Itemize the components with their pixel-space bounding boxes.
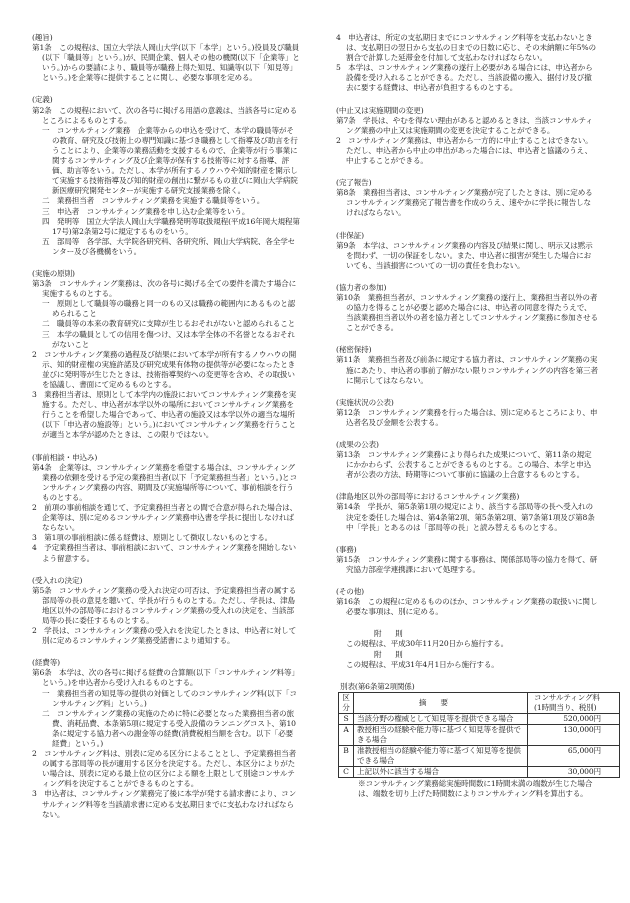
supplementary-provisions: 附 則 この規程は、平成30年11月20日から施行する。 附 則 この規程は、平… [336,629,598,669]
fee-cell: 130,000円 [528,724,620,745]
article-1: (趣旨) 第1条 この規程は、国立大学法人岡山大学(以下「本学」という。)役員及… [32,33,300,83]
article-heading: (協力者の参加) [336,283,598,293]
fee-cell: 30,000円 [528,766,620,777]
right-column: 4 申込者は、所定の支払期日までにコンサルティング料等を支払わないときは、支払期… [336,33,598,799]
definition-item: 五 部局等 各学部、大学院各研究科、各研究所、岡山大学病院、各全学センター及び各… [32,237,300,257]
article-8: (完了報告) 第8条 業務担当者は、コンサルティング業務が完了したときは、別に定… [336,178,598,218]
article-text: 第9条 本学は、コンサルティング業務の内容及び結果に関し、明示又は黙示を問わず、… [336,241,598,271]
class-cell: S [339,713,354,724]
article-heading: (津島地区以外の部局等におけるコンサルティング業務) [336,492,598,502]
article-6: (経費等) 第6条 本学は、次の各号に掲げる経費の合算額(以下「コンサルティング… [32,658,300,820]
fee-header: コンサルティング料 (1時間当り、税別) [528,692,620,713]
definition-item: 三 申込者 コンサルティング業務を申し込む企業等をいう。 [32,207,300,217]
supplementary-heading: 附 則 [336,629,598,639]
supplementary-text: この規程は、平成30年11月20日から施行する。 [336,639,598,649]
table-row: S 当該分野の権威として知見等を提供できる場合 520,000円 [339,713,620,724]
class-cell: C [339,766,354,777]
description-cell: 当該分野の権威として知見等を提供できる場合 [354,713,528,724]
table-row: B 准教授相当の経験や能力等に基づく知見等を提供できる場合 65,000円 [339,745,620,766]
article-paragraph: 2 コンサルティング業務は、申込者から一方的に中止することはできない。ただし、申… [336,136,598,166]
article-paragraph: 2 コンサルティング業務の過程及び結果において本学が所有するノウハウの開示、知的… [32,350,300,390]
article-text: 第15条 コンサルティング業務に関する事務は、関係部局等の協力を得て、研究協力部… [336,555,598,575]
definition-item: 四 発明等 国立大学法人岡山大学職務発明等取扱規程(平成16年岡大規程第17号)… [32,217,300,237]
article-9: (非保証) 第9条 本学は、コンサルティング業務の内容及び結果に関し、明示又は黙… [336,231,598,271]
article-paragraph: 4 予定業務担当者は、事前相談において、コンサルティング業務を開始しないよう留意… [32,543,300,563]
article-text: 第14条 学長が、第5条第1項の規定により、該当する部局等の長へ受入れの決定を委… [336,502,598,532]
expense-item: 二 コンサルティング業務の実施のために特に必要となった業務担当者の旅費、消耗品費… [32,709,300,749]
definition-item: 二 業務担当者 コンサルティング業務を実施する職員等をいう。 [32,196,300,206]
article-paragraph: 4 申込者は、所定の支払期日までにコンサルティング料等を支払わないときは、支払期… [336,33,598,63]
article-paragraph: 5 本学は、コンサルティング業務の遂行上必要がある場合には、申込者から設備を受け… [336,63,598,93]
fee-cell: 65,000円 [528,745,620,766]
article-text: 第3条 コンサルティング業務は、次の各号に掲げる全ての要件を満たす場合に実施する… [32,279,300,299]
article-paragraph: 2 学長は、コンサルティング業務の受入れを決定したときは、申込者に対して別に定め… [32,626,300,646]
description-cell: 教授相当の経験や能力等に基づく知見等を提供できる場合 [354,724,528,745]
article-paragraph: 3 申込者は、コンサルティング業務完了後に本学が発する請求書により、コンサルティ… [32,789,300,819]
supplementary-heading: 附 則 [336,650,598,660]
article-heading: (中止又は実施期間の変更) [336,106,598,116]
article-3: (実施の原則) 第3条 コンサルティング業務は、次の各号に掲げる全ての要件を満た… [32,269,300,441]
article-heading: (事務) [336,545,598,555]
class-cell: B [339,745,354,766]
table-header-row: 区 分 摘要 コンサルティング料 (1時間当り、税別) [339,692,620,713]
fee-cell: 520,000円 [528,713,620,724]
article-4: (事前相談・申込み) 第4条 企業等は、コンサルティング業務を希望する場合は、コ… [32,453,300,564]
article-paragraph: 3 業務担当者は、原則として本学内の施設においてコンサルティング業務を実施する。… [32,390,300,440]
article-6-continued: 4 申込者は、所定の支払期日までにコンサルティング料等を支払わないときは、支払期… [336,33,598,94]
left-column: (趣旨) 第1条 この規程は、国立大学法人岡山大学(以下「本学」という。)役員及… [32,33,300,832]
article-text: 第10条 業務担当者が、コンサルティング業務の遂行上、業務担当者以外の者の協力を… [336,293,598,333]
article-14: (津島地区以外の部局等におけるコンサルティング業務) 第14条 学長が、第5条第… [336,492,598,532]
article-13: (成果の公表) 第13条 コンサルティング業務により得られた成果について、第11… [336,440,598,480]
article-heading: (成果の公表) [336,440,598,450]
article-15: (事務) 第15条 コンサルティング業務に関する事務は、関係部局等の協力を得て、… [336,545,598,575]
article-text: 第11条 業務担当者及び前条に規定する協力者は、コンサルティング業務の実施にあた… [336,355,598,385]
article-paragraph: 3 第1項の事前相談に係る経費は、原則として徴収しないものとする。 [32,533,300,543]
article-heading: (完了報告) [336,178,598,188]
requirement-item: 一 原則として職員等の職務と同一のもの又は職務の範囲内にあるものと認められること [32,299,300,319]
article-text: 第7条 学長は、やむを得ない理由があると認めるときは、当該コンサルティング業務の… [336,116,598,136]
table-row: C 上記以外に該当する場合 30,000円 [339,766,620,777]
description-cell: 上記以外に該当する場合 [354,766,528,777]
article-heading: (受入れの決定) [32,576,300,586]
definition-item: 一 コンサルティング業務 企業等からの申込を受けて、本学の職員等がその教育、研究… [32,126,300,197]
expense-item: 一 業務担当者の知見等の提供の対価としてのコンサルティング料(以下「コンサルティ… [32,689,300,709]
article-paragraph: 2 前項の事前相談を通じて、予定業務担当者との間で合意が得られた場合は、企業等は… [32,503,300,533]
article-text: 第12条 コンサルティング業務を行った場合は、別に定めるところにより、申込者名及… [336,408,598,428]
table-caption: 別表(第6条第2項関係) [336,682,598,692]
article-text: 第5条 コンサルティング業務の受入れ決定の可否は、予定業務担当者の属する部局等の… [32,586,300,626]
class-cell: A [339,724,354,745]
article-12: (実施状況の公表) 第12条 コンサルティング業務を行った場合は、別に定めるとこ… [336,398,598,428]
article-heading: (趣旨) [32,33,300,43]
class-header: 区 分 [339,692,354,713]
article-heading: (秘密保持) [336,345,598,355]
article-paragraph: 2 コンサルティング料は、別表に定める区分によることとし、予定業務担当者の属する… [32,749,300,789]
article-10: (協力者の参加) 第10条 業務担当者が、コンサルティング業務の遂行上、業務担当… [336,283,598,333]
article-heading: (事前相談・申込み) [32,453,300,463]
fee-table: 区 分 摘要 コンサルティング料 (1時間当り、税別) S 当該分野の権威として… [338,692,620,778]
article-text: 第4条 企業等は、コンサルティング業務を希望する場合は、コンサルティング業務の依… [32,463,300,503]
article-heading: (経費等) [32,658,300,668]
description-header: 摘要 [354,692,528,713]
description-cell: 准教授相当の経験や能力等に基づく知見等を提供できる場合 [354,745,528,766]
article-text: 第8条 業務担当者は、コンサルティング業務が完了したときは、別に定めるコンサルテ… [336,188,598,218]
article-text: 第13条 コンサルティング業務により得られた成果について、第11条の規定にかかわ… [336,450,598,480]
article-heading: (実施状況の公表) [336,398,598,408]
article-heading: (非保証) [336,231,598,241]
article-text: 第2条 この規程において、次の各号に掲げる用語の意義は、当該各号に定めるところに… [32,106,300,126]
article-5: (受入れの決定) 第5条 コンサルティング業務の受入れ決定の可否は、予定業務担当… [32,576,300,647]
requirement-item: 三 本学の職員としての信用を傷つけ、又は本学全体の不名誉となるおそれがないこと [32,330,300,350]
article-heading: (その他) [336,587,598,597]
article-heading: (実施の原則) [32,269,300,279]
article-16: (その他) 第16条 この規程に定めるもののほか、コンサルティング業務の取扱いに… [336,587,598,617]
table-note: ※コンサルティング業務総実施時間数に1時間未満の端数が生じた場合は、端数を切り上… [336,779,598,799]
supplementary-text: この規程は、平成31年4月1日から施行する。 [336,660,598,670]
article-11: (秘密保持) 第11条 業務担当者及び前条に規定する協力者は、コンサルティング業… [336,345,598,385]
table-row: A 教授相当の経験や能力等に基づく知見等を提供できる場合 130,000円 [339,724,620,745]
article-text: 第16条 この規程に定めるもののほか、コンサルティング業務の取扱いに関し必要な事… [336,597,598,617]
article-2: (定義) 第2条 この規程において、次の各号に掲げる用語の意義は、当該各号に定め… [32,95,300,257]
requirement-item: 二 職員等の本来の教育研究に支障が生じるおそれがないと認められること [32,319,300,329]
article-heading: (定義) [32,95,300,105]
article-7: (中止又は実施期間の変更) 第7条 学長は、やむを得ない理由があると認めるときは… [336,106,598,167]
article-text: 第6条 本学は、次の各号に掲げる経費の合算額(以下「コンサルティング料等」という… [32,668,300,688]
article-text: 第1条 この規程は、国立大学法人岡山大学(以下「本学」という。)役員及び職員(以… [32,43,300,83]
